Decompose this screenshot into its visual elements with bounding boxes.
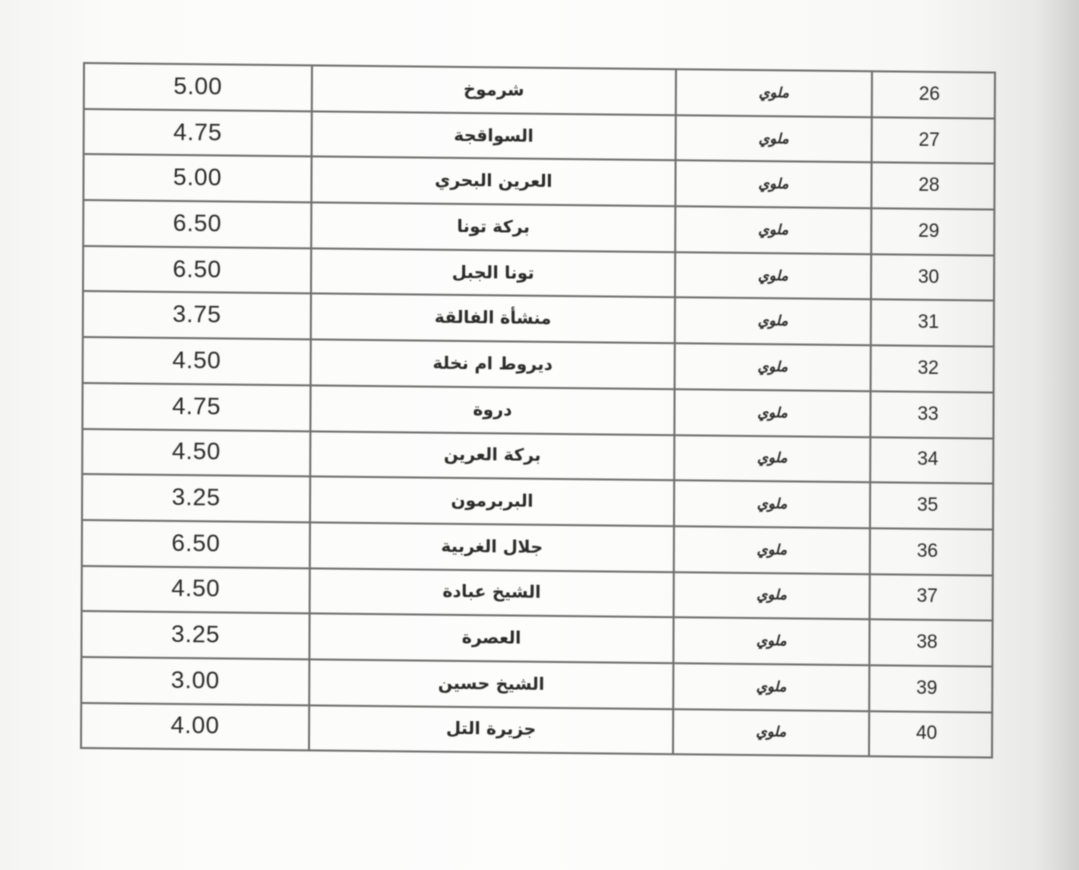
district-cell: ملوي xyxy=(675,343,871,391)
serial-cell: 36 xyxy=(870,528,993,575)
serial-cell: 29 xyxy=(871,208,994,255)
value-cell: 3.00 xyxy=(81,657,309,705)
serial-number: 39 xyxy=(916,678,937,700)
serial-cell: 38 xyxy=(869,619,992,666)
district-cell: ملوي xyxy=(676,115,872,163)
serial-number: 30 xyxy=(918,266,939,288)
serial-number: 37 xyxy=(917,586,938,608)
serial-cell: 31 xyxy=(871,300,994,347)
value-cell: 4.75 xyxy=(84,109,312,157)
serial-cell: 40 xyxy=(869,711,992,758)
village-cell: دروة xyxy=(310,385,674,434)
value-cell: 4.50 xyxy=(82,566,310,614)
value-cell: 6.50 xyxy=(83,246,311,294)
village-cell: الشيخ عبادة xyxy=(310,568,674,617)
serial-number: 32 xyxy=(918,358,939,380)
serial-number: 33 xyxy=(917,403,938,425)
serial-cell: 34 xyxy=(870,437,993,484)
district-cell: ملوي xyxy=(674,572,870,620)
serial-cell: 32 xyxy=(871,345,994,392)
village-cell: الشيخ حسين xyxy=(309,659,673,708)
value-cell: 4.50 xyxy=(82,428,310,476)
serial-cell: 37 xyxy=(870,574,993,621)
village-cell: السواقجة xyxy=(312,111,676,160)
serial-number: 34 xyxy=(917,449,938,471)
serial-number: 29 xyxy=(918,221,939,243)
serial-number: 31 xyxy=(918,312,939,334)
value-cell: 4.75 xyxy=(82,383,310,431)
value-cell: 5.00 xyxy=(83,154,311,202)
value-cell: 6.50 xyxy=(83,200,311,248)
serial-cell: 33 xyxy=(870,391,993,438)
district-cell: ملوي xyxy=(675,252,871,300)
value-cell: 6.50 xyxy=(82,520,310,568)
village-cell: بركة تونا xyxy=(311,202,675,251)
serial-cell: 30 xyxy=(871,254,994,301)
serial-cell: 35 xyxy=(870,482,993,529)
document-page: 5.00 شرموخ ملوي 26 4.75 السواقجة ملوي 27… xyxy=(80,62,991,759)
district-cell: ملوي xyxy=(674,480,870,528)
district-cell: ملوي xyxy=(675,206,871,254)
district-cell: ملوي xyxy=(673,617,869,665)
value-cell: 3.25 xyxy=(82,474,310,522)
district-cell: ملوي xyxy=(675,161,871,209)
district-cell: ملوي xyxy=(676,69,872,117)
value-cell: 3.75 xyxy=(83,291,311,339)
serial-cell: 26 xyxy=(872,71,995,118)
table-body: 5.00 شرموخ ملوي 26 4.75 السواقجة ملوي 27… xyxy=(81,63,995,758)
village-cell: العصرة xyxy=(309,614,673,663)
village-cell: ديروط ام نخلة xyxy=(311,340,675,389)
district-cell: ملوي xyxy=(674,526,870,574)
value-cell: 4.50 xyxy=(83,337,311,385)
village-cell: البربرمون xyxy=(310,477,674,526)
village-cell: بركة العرين xyxy=(310,431,674,480)
district-cell: ملوي xyxy=(673,709,869,757)
village-cell: جزيرة التل xyxy=(309,705,673,754)
serial-number: 26 xyxy=(919,84,940,106)
district-cell: ملوي xyxy=(673,663,869,711)
district-cell: ملوي xyxy=(675,298,871,346)
villages-table: 5.00 شرموخ ملوي 26 4.75 السواقجة ملوي 27… xyxy=(80,62,996,759)
village-cell: منشأة الفالقة xyxy=(311,294,675,343)
village-cell: تونا الجبل xyxy=(311,248,675,297)
district-cell: ملوي xyxy=(674,389,870,437)
serial-cell: 39 xyxy=(869,665,992,712)
serial-cell: 27 xyxy=(872,117,995,164)
serial-number: 35 xyxy=(917,495,938,517)
serial-number: 36 xyxy=(917,540,938,562)
value-cell: 4.00 xyxy=(81,703,309,751)
serial-cell: 28 xyxy=(871,163,994,210)
village-cell: جلال الغربية xyxy=(310,522,674,571)
district-cell: ملوي xyxy=(674,435,870,483)
table-row: 4.00 جزيرة التل ملوي 40 xyxy=(81,703,992,758)
serial-number: 38 xyxy=(916,632,937,654)
serial-number: 40 xyxy=(916,723,937,745)
value-cell: 3.25 xyxy=(81,611,309,659)
value-cell: 5.00 xyxy=(84,63,312,111)
serial-number: 28 xyxy=(918,175,939,197)
village-cell: العرين البحري xyxy=(311,157,675,206)
village-cell: شرموخ xyxy=(312,65,676,114)
serial-number: 27 xyxy=(919,129,940,151)
